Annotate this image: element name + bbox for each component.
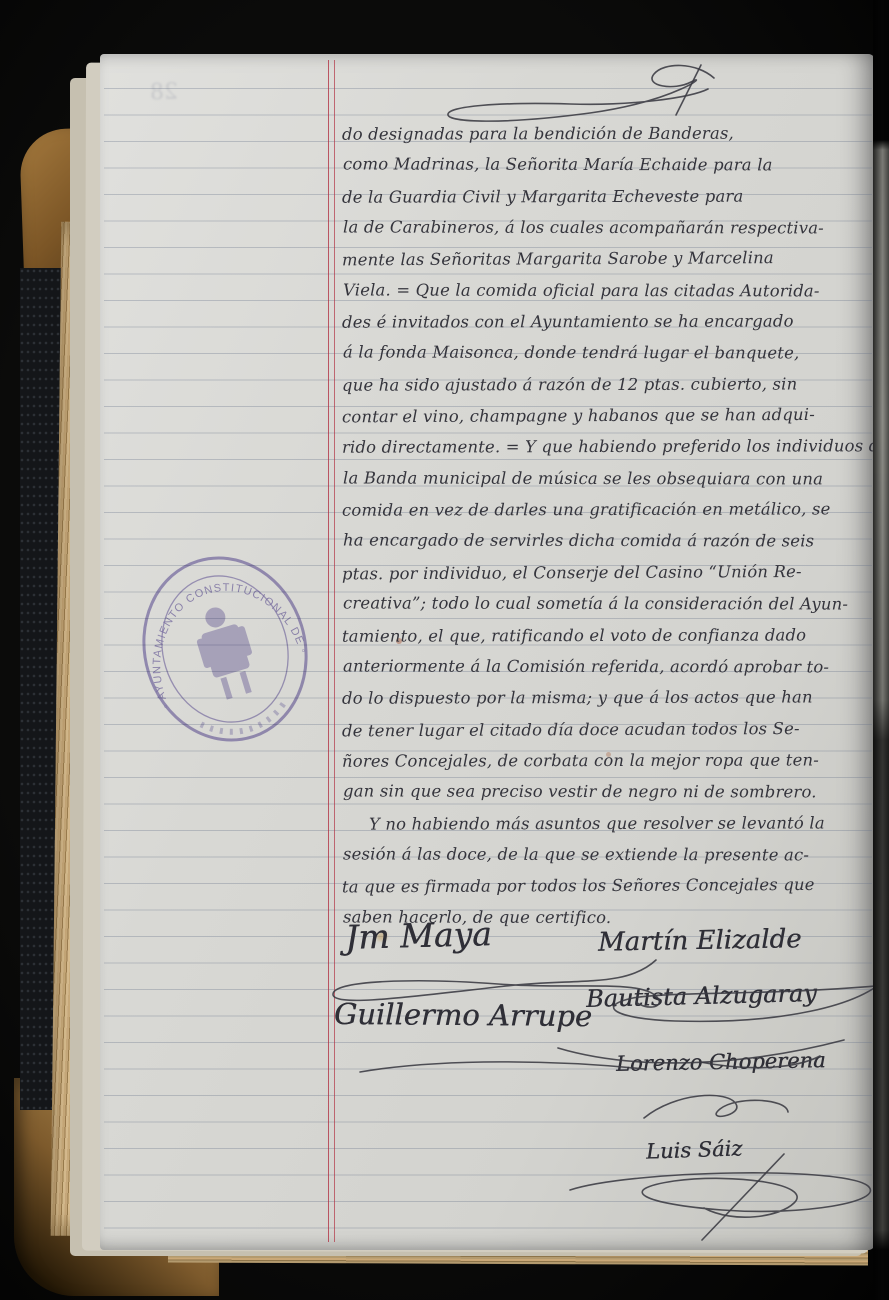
rubric-saiz [552, 1148, 888, 1244]
manuscript-line: la de Carabineros, á los cuales acompaña… [343, 217, 870, 249]
manuscript-line: do lo dispuesto por la misma; y que á lo… [342, 687, 869, 720]
manuscript-line: la Banda municipal de música se les obse… [343, 468, 870, 500]
manuscript-line: que ha sido ajustado á razón de 12 ptas.… [342, 374, 869, 407]
manuscript-line: contar el vino, champagne y habanos que … [342, 405, 869, 439]
manuscript-line: Viela. = Que la comida oficial para las … [343, 280, 870, 312]
manuscript-line: ha encargado de servirles dicha comida á… [343, 531, 870, 563]
manuscript-line: Y no habiendo más asuntos que resolver s… [342, 813, 869, 846]
manuscript-line: ñores Concejales, de corbata con la mejo… [342, 750, 869, 783]
manuscript-line: como Madrinas, la Señorita María Echaide… [343, 155, 870, 187]
stamp-crest-figure [189, 601, 264, 704]
manuscript-line: comida en vez de darles una gratificació… [342, 499, 869, 532]
rubric-choperena [636, 1084, 796, 1128]
red-margin-line [328, 60, 335, 1242]
manuscript-line: de tener lugar el citado día doce acudan… [342, 718, 869, 752]
manuscript-line: creativa”; todo lo cual sometía á la con… [343, 594, 870, 626]
manuscript-line: anteriormente á la Comisión referida, ac… [343, 656, 870, 688]
manuscript-line: tamiento, el que, ratificando el voto de… [342, 625, 869, 658]
manuscript-page: 28 do designadas para la bendición de Ba… [100, 54, 875, 1250]
manuscript-line: á la fonda Maisonca, donde tendrá lugar … [343, 343, 870, 375]
rubric-elizalde [520, 966, 889, 1028]
photo-background: 28 do designadas para la bendición de Ba… [0, 0, 889, 1300]
manuscript-line: de la Guardia Civil y Margarita Echevest… [342, 186, 869, 219]
manuscript-line: des é invitados con el Ayuntamiento se h… [342, 311, 869, 344]
facing-page-sliver [873, 0, 889, 1300]
manuscript-line: do designadas para la bendición de Bande… [342, 123, 869, 156]
manuscript-line: gan sin que sea preciso vestir de negro … [343, 782, 870, 814]
manuscript-line: mente las Señoritas Margarita Sarobe y M… [342, 248, 869, 282]
manuscript-line: ta que es firmada por todos los Señores … [342, 875, 869, 909]
manuscript-line: ptas. por individuo, el Conserje del Cas… [342, 561, 869, 595]
manuscript-text: do designadas para la bendición de Bande… [342, 124, 869, 939]
manuscript-line: rido directamente. = Y que habiendo pref… [342, 437, 869, 470]
manuscript-line: sesión á las doce, de la que se extiende… [343, 844, 870, 876]
rubric-arrupe [352, 1054, 652, 1078]
bleedthrough-page-number: 28 [150, 80, 179, 106]
